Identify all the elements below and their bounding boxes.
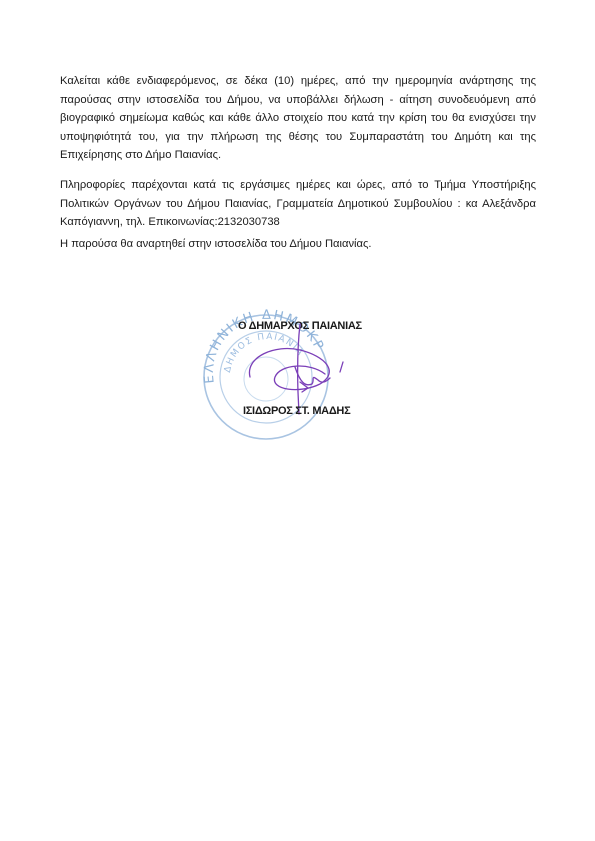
document-page: Καλείται κάθε ενδιαφερόμενος, σε δέκα (1… [0,0,595,841]
invitation-paragraph: Καλείται κάθε ενδιαφερόμενος, σε δέκα (1… [60,72,536,165]
information-paragraph: Πληροφορίες παρέχονται κατά τις εργάσιμε… [60,176,536,232]
handwritten-signature-icon [240,322,350,417]
publication-paragraph: Η παρούσα θα αναρτηθεί στην ιστοσελίδα τ… [60,235,536,254]
signatory-name: ΙΣΙΔΩΡΟΣ ΣΤ. ΜΑΔΗΣ [243,405,350,417]
